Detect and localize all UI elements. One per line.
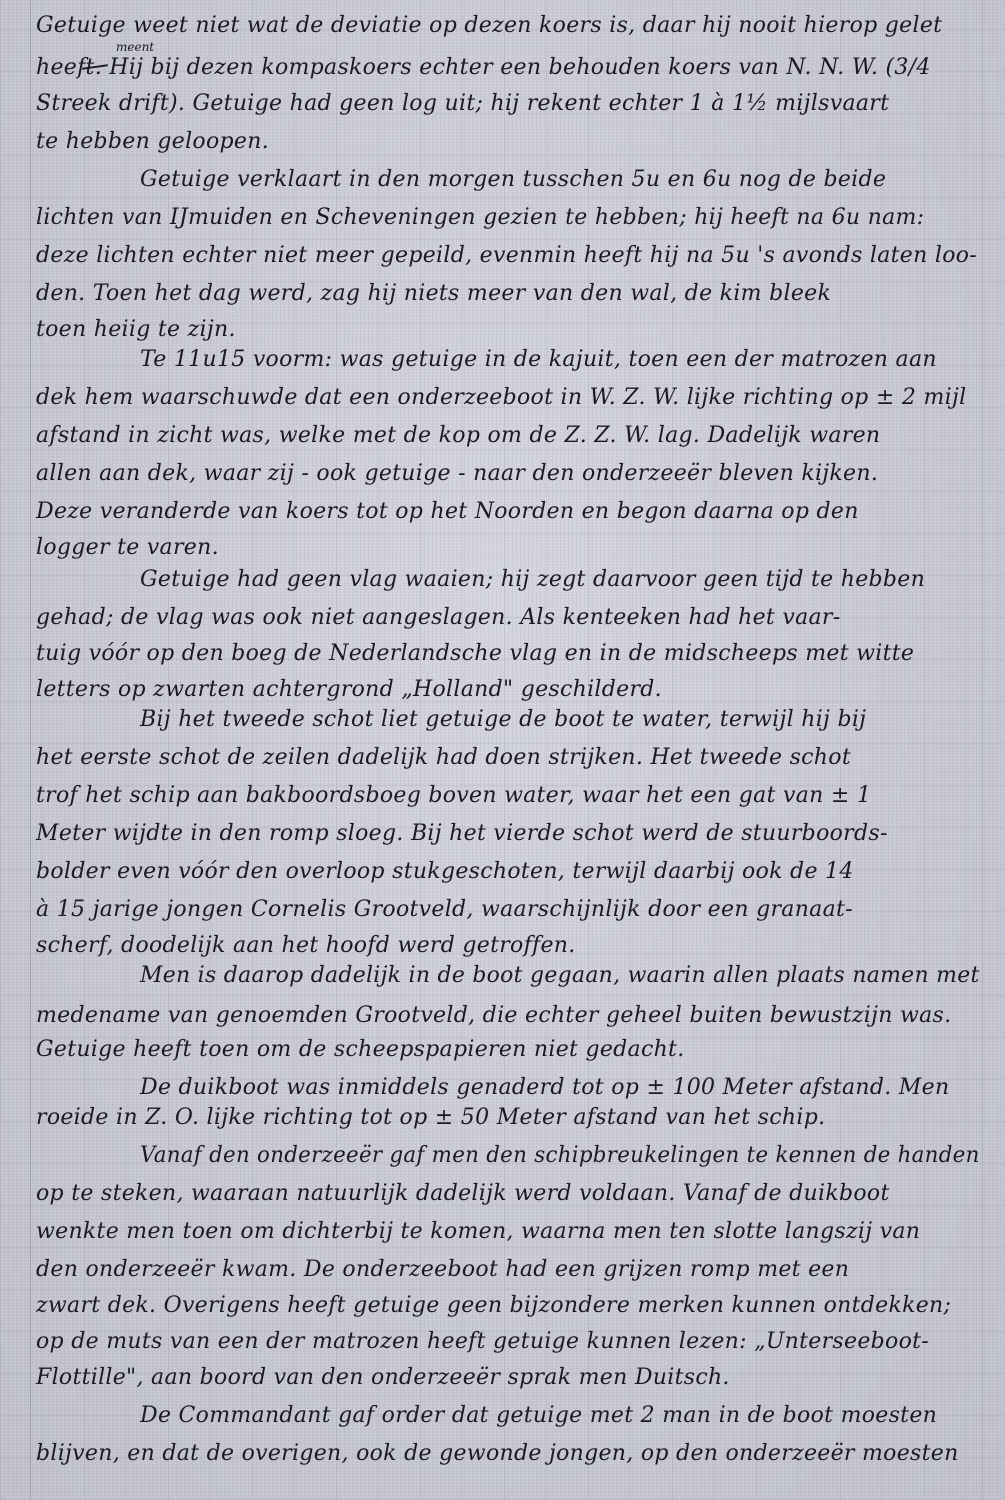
text-line: lichten van IJmuiden en Scheveningen gez…	[36, 204, 981, 232]
text-line: heeft. Hij bij dezen kompaskoers echter …	[36, 54, 981, 82]
text-line: scherf, doodelijk aan het hoofd werd get…	[36, 932, 981, 960]
text-line: tuig vóór op den boeg de Nederlandsche v…	[36, 640, 981, 668]
text-line: roeide in Z. O. lijke richting tot op ± …	[36, 1104, 981, 1132]
text-line: den onderzeeër kwam. De onderzeeboot had…	[36, 1256, 981, 1284]
text-line: deze lichten echter niet meer gepeild, e…	[36, 242, 981, 270]
text-line: op de muts van een der matrozen heeft ge…	[36, 1328, 981, 1356]
text-line: logger te varen.	[36, 534, 981, 562]
text-line: dek hem waarschuwde dat een onderzeeboot…	[36, 384, 981, 412]
text-line: wenkte men toen om dichterbij te komen, …	[36, 1218, 981, 1246]
text-line: te hebben geloopen.	[36, 128, 981, 156]
text-line: bolder even vóór den overloop stukgescho…	[36, 858, 981, 886]
text-line: Bij het tweede schot liet getuige de boo…	[140, 706, 980, 734]
text-line: Getuige verklaart in den morgen tusschen…	[140, 166, 980, 194]
text-line: Vanaf den onderzeeër gaf men den schipbr…	[140, 1142, 955, 1170]
text-line: allen aan dek, waar zij - ook getuige - …	[36, 460, 981, 488]
text-line: afstand in zicht was, welke met de kop o…	[36, 422, 981, 450]
right-rule	[982, 0, 983, 1500]
text-line: het eerste schot de zeilen dadelijk had …	[36, 744, 981, 772]
text-line: Flottille", aan boord van den onderzeeër…	[36, 1364, 981, 1392]
text-line: De Commandant gaf order dat getuige met …	[140, 1402, 980, 1430]
text-line: Getuige heeft toen om de scheepspapieren…	[36, 1036, 981, 1064]
text-line: letters op zwarten achtergrond „Holland"…	[36, 676, 981, 704]
text-line: Getuige weet niet wat de deviatie op dez…	[36, 12, 981, 40]
text-line: medename van genoemden Grootveld, die ec…	[36, 1002, 981, 1030]
text-line: Te 11u15 voorm: was getuige in de kajuit…	[140, 346, 980, 374]
text-line: toen heiig te zijn.	[36, 316, 981, 344]
text-line: Meter wijdte in den romp sloeg. Bij het …	[36, 820, 981, 848]
text-line: den. Toen het dag werd, zag hij niets me…	[36, 280, 981, 308]
text-line: à 15 jarige jongen Cornelis Grootveld, w…	[36, 896, 981, 924]
text-line: Getuige had geen vlag waaien; hij zegt d…	[140, 566, 980, 594]
text-line: Men is daarop dadelijk in de boot gegaan…	[140, 962, 977, 990]
margin-rule	[30, 0, 31, 1500]
text-line: zwart dek. Overigens heeft getuige geen …	[36, 1292, 981, 1320]
text-line: Deze veranderde van koers tot op het Noo…	[36, 498, 981, 526]
text-line: Streek drift). Getuige had geen log uit;…	[36, 90, 981, 118]
text-line: De duikboot was inmiddels genaderd tot o…	[140, 1074, 980, 1102]
superscript-insertion: meent	[116, 40, 154, 54]
text-line: blijven, en dat de overigen, ook de gewo…	[36, 1440, 981, 1468]
text-line: trof het schip aan bakboordsboeg boven w…	[36, 782, 981, 810]
document-page: Getuige weet niet wat de deviatie op dez…	[0, 0, 1005, 1500]
text-line: gehad; de vlag was ook niet aangeslagen.…	[36, 604, 981, 632]
text-line: op te steken, waaraan natuurlijk dadelij…	[36, 1180, 981, 1208]
